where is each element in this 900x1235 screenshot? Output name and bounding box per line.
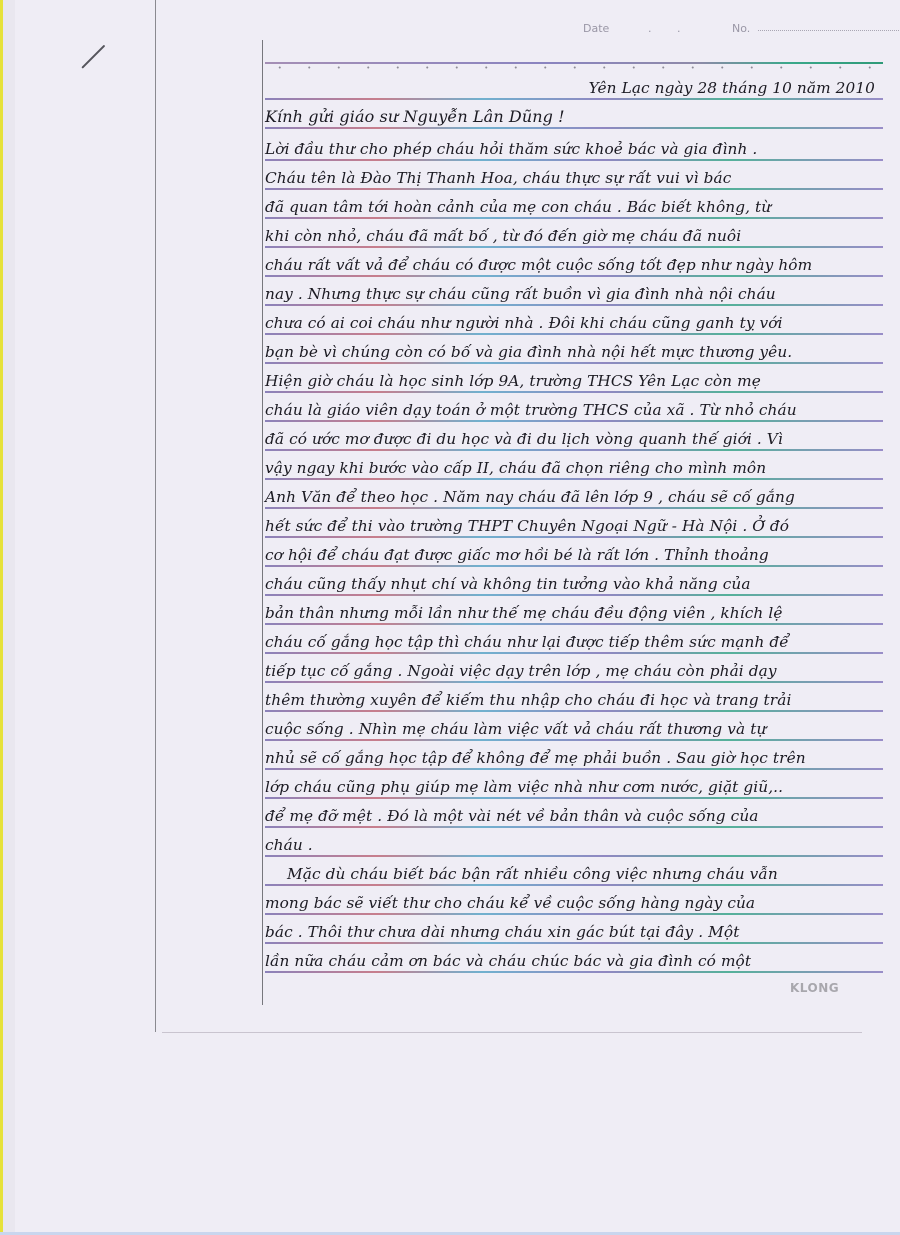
letter-text: cơ hội để cháu đạt được giấc mơ hồi bé l… — [265, 546, 769, 564]
date-separator: . — [677, 22, 681, 35]
letter-line: Lời đầu thư cho phép cháu hỏi thăm sức k… — [265, 132, 883, 161]
letter-line: tiếp tục cố gắng . Ngoài việc dạy trên l… — [265, 654, 883, 683]
page-header: Date . . No. — [580, 22, 880, 38]
top-rule-ticks — [265, 66, 883, 69]
letter-line: để mẹ đỡ mệt . Đó là một vài nét về bản … — [265, 799, 883, 828]
letter-line: đã có ước mơ được đi du học và đi du lịc… — [265, 422, 883, 451]
letter-text: Cháu tên là Đào Thị Thanh Hoa, cháu thực… — [265, 169, 731, 187]
letter-text: nhủ sẽ cố gắng học tập để không để mẹ ph… — [265, 749, 806, 767]
letter-line: mong bác sẽ viết thư cho cháu kể về cuộc… — [265, 886, 883, 915]
letter-text: đã quan tâm tới hoàn cảnh của mẹ con chá… — [265, 198, 771, 216]
letter-text: lần nữa cháu cảm ơn bác và cháu chúc bác… — [265, 952, 751, 970]
number-field-dotted-line — [758, 30, 900, 31]
letter-text: khi còn nhỏ, cháu đã mất bố , từ đó đến … — [265, 227, 741, 245]
letter-text: Hiện giờ cháu là học sinh lớp 9A, trường… — [265, 372, 761, 390]
letter-text: cháu rất vất vả để cháu có được một cuộc… — [265, 256, 812, 274]
letter-text: cháu cũng thấy nhụt chí và không tin tưở… — [265, 575, 751, 593]
letter-line: nhủ sẽ cố gắng học tập để không để mẹ ph… — [265, 741, 883, 770]
letter-line: cuộc sống . Nhìn mẹ cháu làm việc vất vả… — [265, 712, 883, 741]
letter-line: lớp cháu cũng phụ giúp mẹ làm việc nhà n… — [265, 770, 883, 799]
watermark: KLONG — [790, 981, 839, 995]
letter-line: cháu cố gắng học tập thì cháu như lại đư… — [265, 625, 883, 654]
top-rule — [265, 62, 883, 64]
letter-line: bạn bè vì chúng còn có bố và gia đình nh… — [265, 335, 883, 364]
letter-line: cháu cũng thấy nhụt chí và không tin tưở… — [265, 567, 883, 596]
letter-line: bác . Thôi thư chưa dài nhưng cháu xin g… — [265, 915, 883, 944]
letter-text: cháu là giáo viên dạy toán ở một trường … — [265, 401, 797, 419]
date-separator: . — [648, 22, 652, 35]
letter-greeting: Kính gửi giáo sư Nguyễn Lân Dũng ! — [265, 107, 565, 126]
letter-date-line: Yên Lạc ngày 28 tháng 10 năm 2010 — [265, 71, 883, 100]
letter-text: thêm thường xuyên để kiếm thu nhập cho c… — [265, 691, 791, 709]
letter-line: cơ hội để cháu đạt được giấc mơ hồi bé l… — [265, 538, 883, 567]
letter-text: chưa có ai coi cháu như người nhà . Đôi … — [265, 314, 783, 332]
letter-text: bản thân nhưng mỗi lần như thế mẹ cháu đ… — [265, 604, 782, 622]
number-label: No. — [732, 22, 750, 35]
margin-line — [262, 40, 263, 1005]
outer-border-left — [155, 0, 156, 1032]
letter-text: hết sức để thi vào trường THPT Chuyên Ng… — [265, 517, 789, 535]
outer-border-bottom — [162, 1032, 862, 1033]
letter-text: bác . Thôi thư chưa dài nhưng cháu xin g… — [265, 923, 739, 941]
ruled-line — [265, 971, 883, 973]
letter-text: cuộc sống . Nhìn mẹ cháu làm việc vất vả… — [265, 720, 766, 738]
letter-line: cháu . — [265, 828, 883, 857]
letter-line: Anh Văn để theo học . Năm nay cháu đã lê… — [265, 480, 883, 509]
letter-line: khi còn nhỏ, cháu đã mất bố , từ đó đến … — [265, 219, 883, 248]
letter-text: mong bác sẽ viết thư cho cháu kể về cuộc… — [265, 894, 755, 912]
letter-line: vậy ngay khi bước vào cấp II, cháu đã ch… — [265, 451, 883, 480]
pen-mark — [81, 45, 105, 69]
letter-line: chưa có ai coi cháu như người nhà . Đôi … — [265, 306, 883, 335]
letter-text: Anh Văn để theo học . Năm nay cháu đã lê… — [265, 488, 795, 506]
letter-text: Mặc dù cháu biết bác bận rất nhiều công … — [287, 865, 778, 883]
letter-line: cháu là giáo viên dạy toán ở một trường … — [265, 393, 883, 422]
letter-text: Lời đầu thư cho phép cháu hỏi thăm sức k… — [265, 140, 757, 158]
letter-text: vậy ngay khi bước vào cấp II, cháu đã ch… — [265, 459, 766, 477]
date-label: Date — [583, 22, 609, 35]
letter-text: cháu cố gắng học tập thì cháu như lại đư… — [265, 633, 789, 651]
letter-greeting-line: Kính gửi giáo sư Nguyễn Lân Dũng ! — [265, 100, 883, 129]
letter-line: cháu rất vất vả để cháu có được một cuộc… — [265, 248, 883, 277]
letter-date: Yên Lạc ngày 28 tháng 10 năm 2010 — [589, 79, 875, 97]
ruled-line — [265, 127, 883, 129]
letter-line: bản thân nhưng mỗi lần như thế mẹ cháu đ… — [265, 596, 883, 625]
letter-line: Cháu tên là Đào Thị Thanh Hoa, cháu thực… — [265, 161, 883, 190]
letter-text: tiếp tục cố gắng . Ngoài việc dạy trên l… — [265, 662, 777, 680]
letter-text: để mẹ đỡ mệt . Đó là một vài nét về bản … — [265, 807, 759, 825]
letter-line: hết sức để thi vào trường THPT Chuyên Ng… — [265, 509, 883, 538]
letter-text: nay . Nhưng thực sự cháu cũng rất buồn v… — [265, 285, 776, 303]
page-shadow — [3, 0, 15, 1235]
letter-text: cháu . — [265, 836, 313, 854]
letter-line: đã quan tâm tới hoàn cảnh của mẹ con chá… — [265, 190, 883, 219]
letter-text: lớp cháu cũng phụ giúp mẹ làm việc nhà n… — [265, 778, 783, 796]
letter-line: nay . Nhưng thực sự cháu cũng rất buồn v… — [265, 277, 883, 306]
letter-line: Hiện giờ cháu là học sinh lớp 9A, trường… — [265, 364, 883, 393]
letter-line: thêm thường xuyên để kiếm thu nhập cho c… — [265, 683, 883, 712]
letter-text: bạn bè vì chúng còn có bố và gia đình nh… — [265, 343, 792, 361]
letter-line: Mặc dù cháu biết bác bận rất nhiều công … — [265, 857, 883, 886]
letter-line: lần nữa cháu cảm ơn bác và cháu chúc bác… — [265, 944, 883, 973]
letter-text: đã có ước mơ được đi du học và đi du lịc… — [265, 430, 783, 448]
